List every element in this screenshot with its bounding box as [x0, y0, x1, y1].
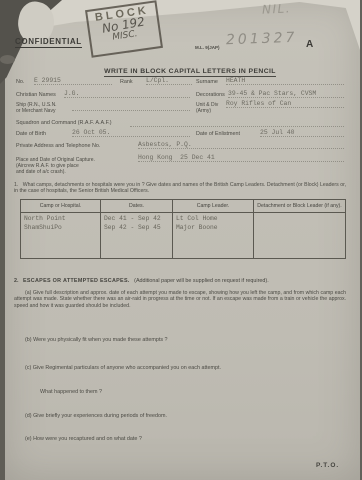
question-2d: (d) Give briefly your experiences during… — [25, 413, 167, 419]
field-value-rank: L/Cpl. — [146, 77, 192, 85]
field-value-unit: Roy Rifles of Can — [226, 100, 344, 108]
field-label-no: No. — [16, 79, 24, 85]
field-value-capture: Hong Kong 25 Dec 41 — [138, 154, 344, 162]
file-reference-label: M.L. 9(JAP) — [195, 45, 220, 50]
question-2-number: 2. — [14, 278, 19, 284]
squadron-dotted-line — [130, 126, 344, 127]
form-title: WRITE IN BLOCK CAPITAL LETTERS IN PENCIL — [60, 60, 320, 78]
question-2a: (a) Give full description and approx. da… — [14, 290, 346, 309]
serial-number-handwritten: 201327 — [226, 30, 298, 48]
grade-letter: A — [306, 39, 313, 50]
camps-table-body-row: North Point ShamShuiPo Dec 41 - Sep 42 S… — [21, 213, 346, 259]
question-1-text: What camps, detachments or hospitals wer… — [14, 182, 346, 194]
field-label-capture: Place and Date of Original Capture. (Air… — [16, 157, 95, 175]
camps-table: Camp or Hospital. Dates. Camp Leader. De… — [20, 199, 346, 259]
dates-entry: Sep 42 - Sep 45 — [104, 224, 169, 233]
header-camp-leader: Camp Leader. — [173, 200, 254, 213]
cell-detachment — [254, 213, 346, 259]
question-2c: (c) Give Regimental particulars of anyon… — [25, 365, 221, 371]
field-value-date-of-birth: 26 Oct 05. — [72, 129, 190, 137]
header-dates: Dates. — [101, 200, 173, 213]
question-2c-followup: What happened to them ? — [40, 389, 102, 395]
edge-smudge — [0, 55, 15, 64]
field-label-unit: Unit & Div (Army) — [196, 102, 218, 114]
block-number-stamp: BLOCK No 192 MISC. — [85, 0, 163, 58]
question-2-title: ESCAPES OR ATTEMPTED ESCAPES. — [23, 278, 130, 284]
question-2-note: (Additional paper will be supplied on re… — [134, 278, 269, 284]
field-label-ship: Ship (R.N., U.S.N. or Merchant Navy — [16, 102, 57, 114]
field-value-address: Asbestos, P.Q. — [138, 141, 344, 149]
field-value-surname: HEATH — [226, 77, 344, 85]
leader-entry: Major Boone — [176, 224, 250, 233]
field-value-enlistment: 25 Jul 40 — [260, 129, 344, 137]
nil-annotation: NIL. — [262, 1, 292, 16]
header-camp-or-hospital: Camp or Hospital. — [21, 200, 101, 213]
cell-leaders: Lt Col Home Major Boone — [173, 213, 254, 259]
question-1-number: 1. — [14, 182, 18, 188]
field-label-surname: Surname — [196, 79, 218, 85]
field-label-rank: Rank — [120, 79, 133, 85]
camp-entry: North Point — [24, 215, 97, 224]
dates-entry: Dec 41 - Sep 42 — [104, 215, 169, 224]
field-value-decorations: 39-45 & Pac Stars, CVSM — [228, 90, 344, 98]
camp-entry: ShamShuiPo — [24, 224, 97, 233]
leader-entry: Lt Col Home — [176, 215, 250, 224]
scanned-document: CONFIDENTIAL BLOCK No 192 MISC. NIL. M.L… — [0, 0, 362, 480]
question-1: 1. What camps, detachments or hospitals … — [14, 182, 346, 195]
camps-table-header-row: Camp or Hospital. Dates. Camp Leader. De… — [21, 200, 346, 213]
cell-dates: Dec 41 - Sep 42 Sep 42 - Sep 45 — [101, 213, 173, 259]
field-label-address: Private Address and Telephone No. — [16, 143, 100, 149]
field-label-christian-names: Christian Names — [16, 92, 56, 98]
field-label-decorations: Decorations — [196, 92, 225, 98]
confidential-marking: CONFIDENTIAL — [15, 37, 82, 48]
header-detachment-leader: Detachment or Block Leader (if any). — [254, 200, 346, 213]
cell-camps: North Point ShamShuiPo — [21, 213, 101, 259]
field-label-date-of-birth: Date of Birth — [16, 131, 46, 137]
question-2b: (b) Were you physically fit when you mad… — [25, 337, 168, 343]
question-2-heading: 2. ESCAPES OR ATTEMPTED ESCAPES. (Additi… — [14, 278, 346, 284]
question-2e: (e) How were you recaptured and on what … — [25, 436, 142, 442]
please-turn-over: P.T.O. — [316, 462, 339, 469]
field-value-no: E 29915 — [34, 77, 112, 85]
field-value-christian-names: J.G. — [64, 90, 190, 98]
field-label-enlistment: Date of Enlistment — [196, 131, 240, 137]
field-label-squadron: Squadron and Command (R.A.F. A.A.F.) — [16, 120, 112, 126]
ship-dotted-line — [72, 110, 190, 111]
